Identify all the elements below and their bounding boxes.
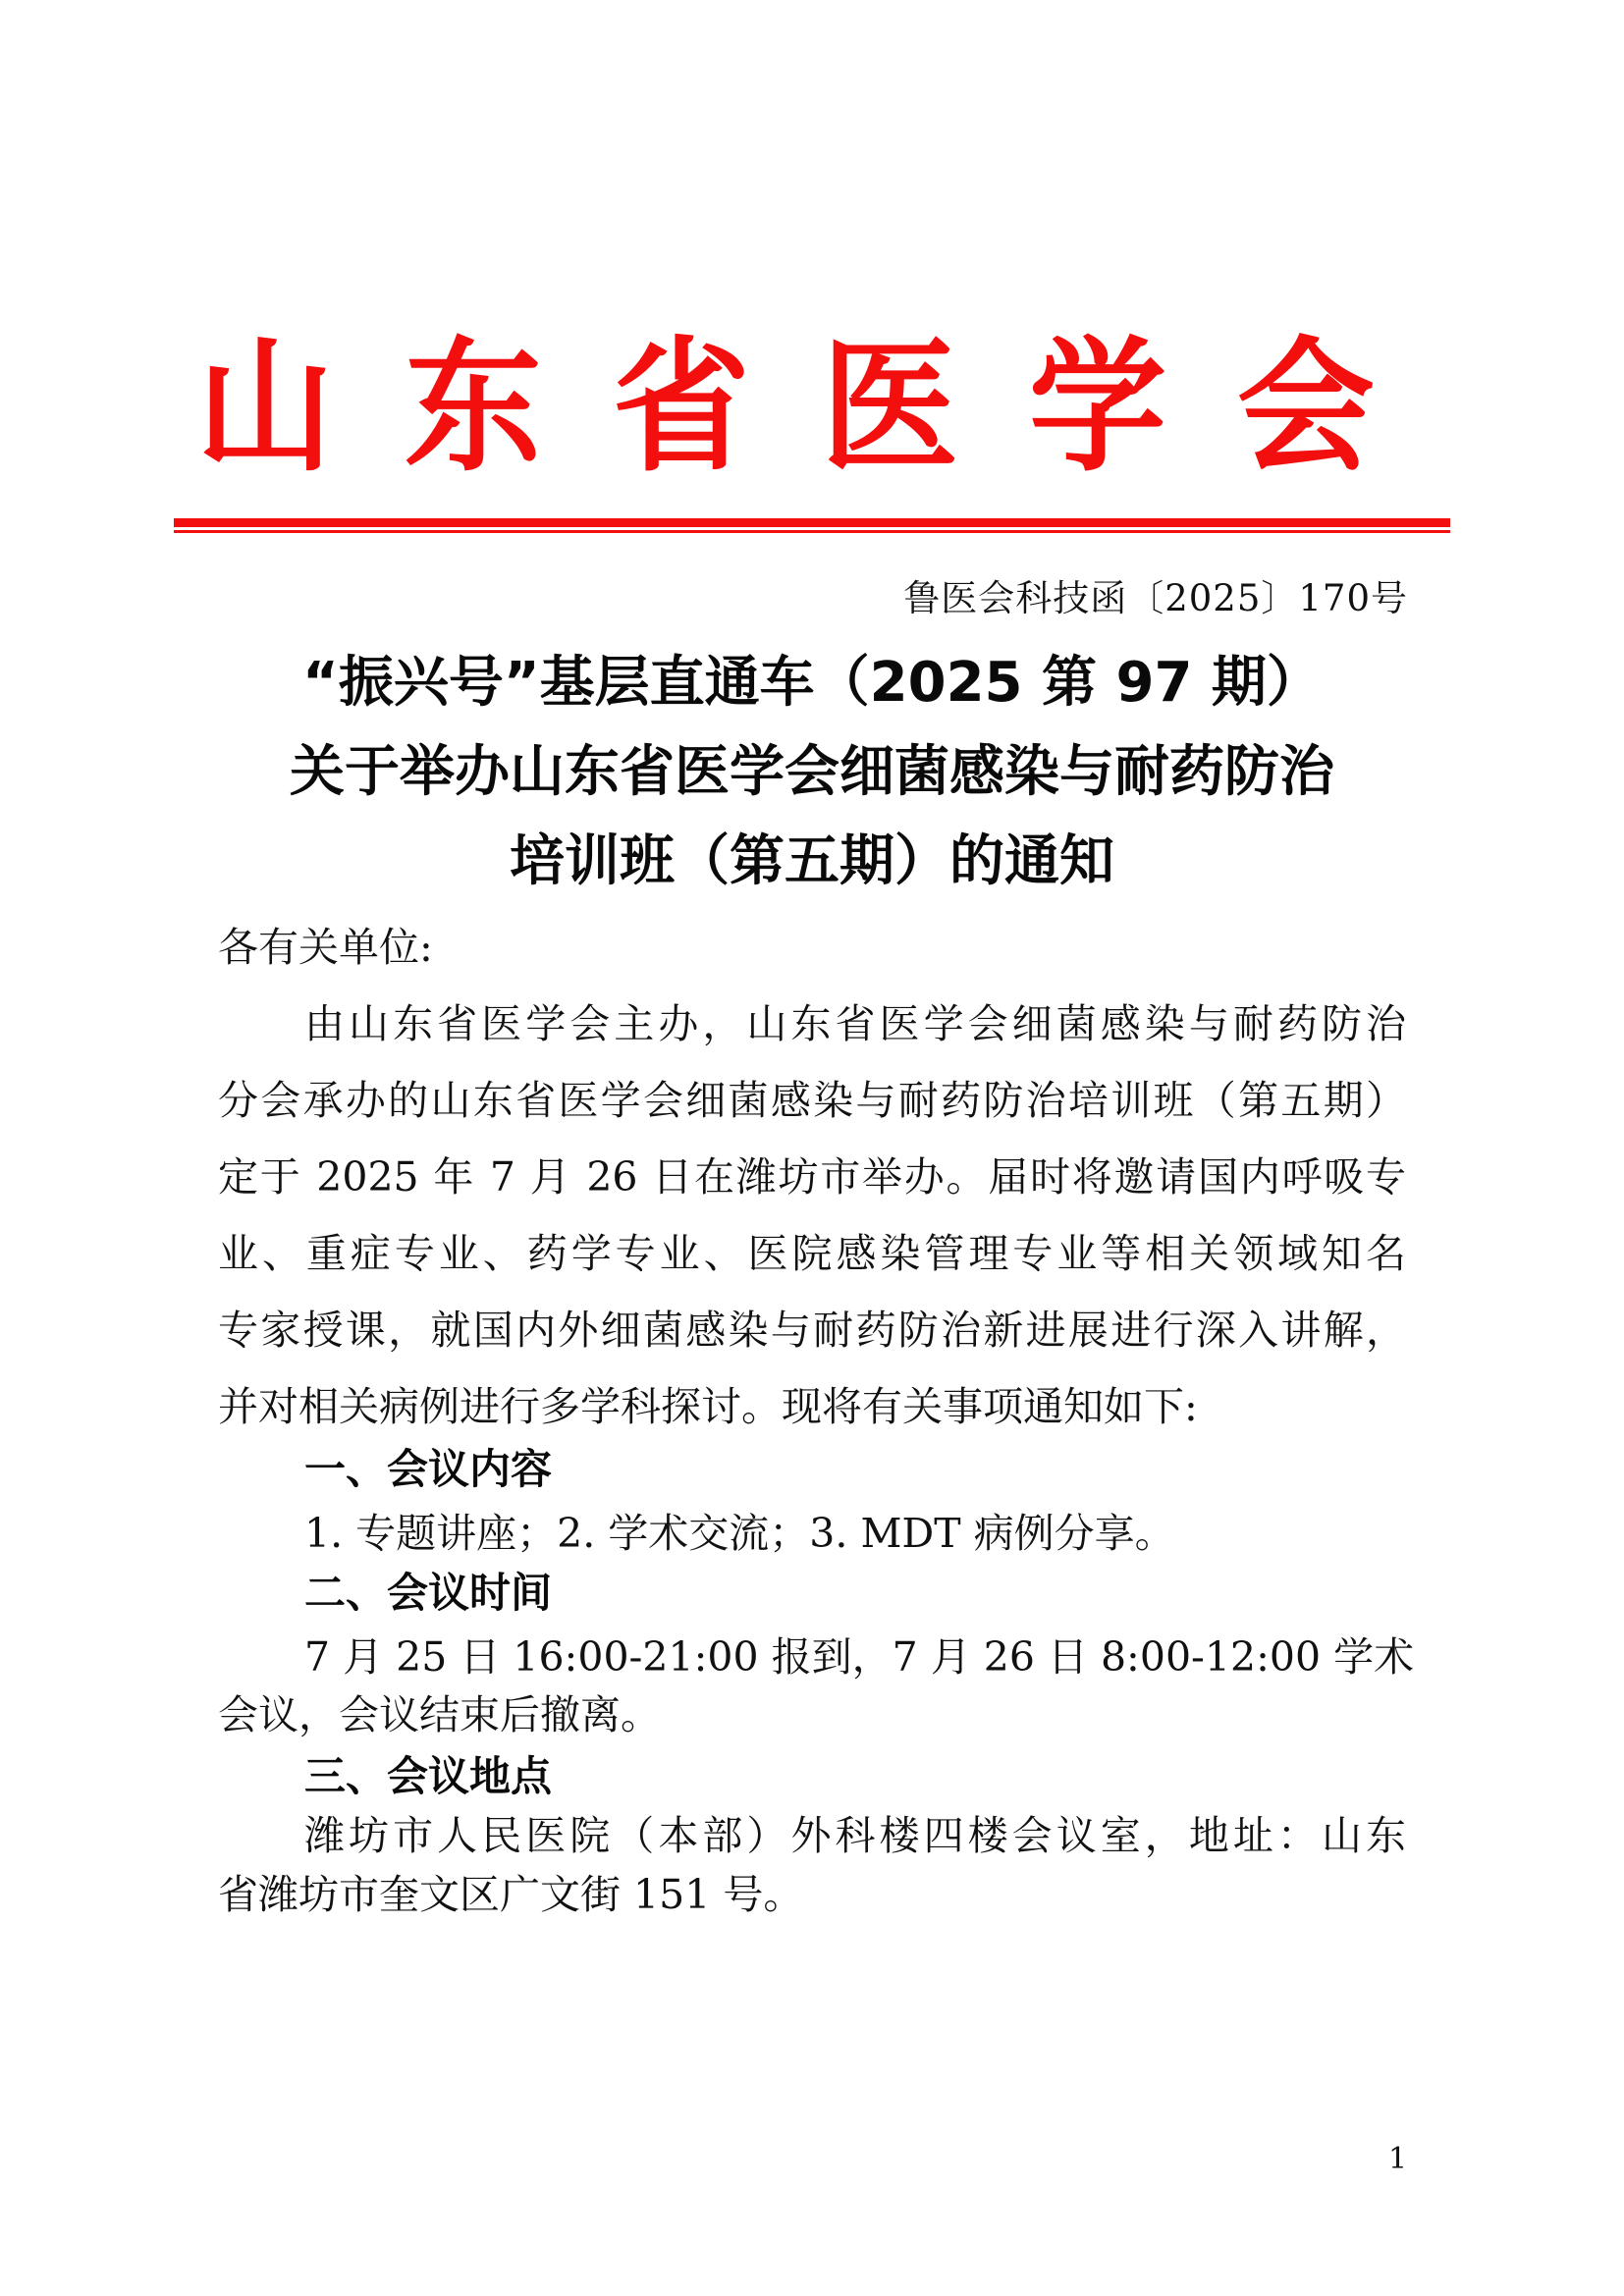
- section-heading-time: 二、会议时间: [304, 1559, 552, 1628]
- title-line-2: 关于举办山东省医学会细菌感染与耐药防治: [0, 727, 1624, 817]
- masthead-char: 省: [613, 320, 750, 496]
- masthead-char: 学: [1029, 320, 1166, 496]
- intro-line: 由山东省医学会主办，山东省医学会细菌感染与耐药防治: [304, 986, 1406, 1062]
- masthead-char: 会: [1237, 320, 1375, 496]
- intro-line: 并对相关病例进行多学科探讨。现将有关事项通知如下:: [218, 1368, 1406, 1445]
- title-line-1: “振兴号”基层直通车（2025 第 97 期）: [0, 638, 1624, 727]
- salutation: 各有关单位:: [218, 909, 1406, 986]
- intro-line: 分会承办的山东省医学会细菌感染与耐药防治培训班（第五期）: [218, 1062, 1406, 1139]
- masthead-char: 东: [405, 320, 542, 496]
- masthead-organization-name: 山 东 省 医 学 会: [196, 324, 1375, 491]
- masthead-divider-thin: [174, 530, 1450, 533]
- document-page: 山 东 省 医 学 会 鲁医会科技函〔2025〕170号 “振兴号”基层直通车（…: [0, 0, 1624, 2296]
- intro-line: 业、重症专业、药学专业、医院感染管理专业等相关领域知名: [218, 1215, 1406, 1292]
- document-number: 鲁医会科技函〔2025〕170号: [903, 574, 1408, 623]
- intro-line: 专家授课，就国内外细菌感染与耐药防治新进展进行深入讲解，: [218, 1292, 1406, 1368]
- masthead-divider-thick: [174, 518, 1450, 527]
- masthead-char: 山: [196, 320, 334, 496]
- section-heading-content: 一、会议内容: [304, 1435, 552, 1504]
- section-location-line: 省潍坊市奎文区广文街 151 号。: [218, 1856, 1406, 1933]
- masthead-char: 医: [821, 320, 958, 496]
- intro-line: 定于 2025 年 7 月 26 日在潍坊市举办。届时将邀请国内呼吸专: [218, 1139, 1406, 1215]
- title-line-3: 培训班（第五期）的通知: [0, 817, 1624, 906]
- page-number: 1: [1388, 2140, 1407, 2179]
